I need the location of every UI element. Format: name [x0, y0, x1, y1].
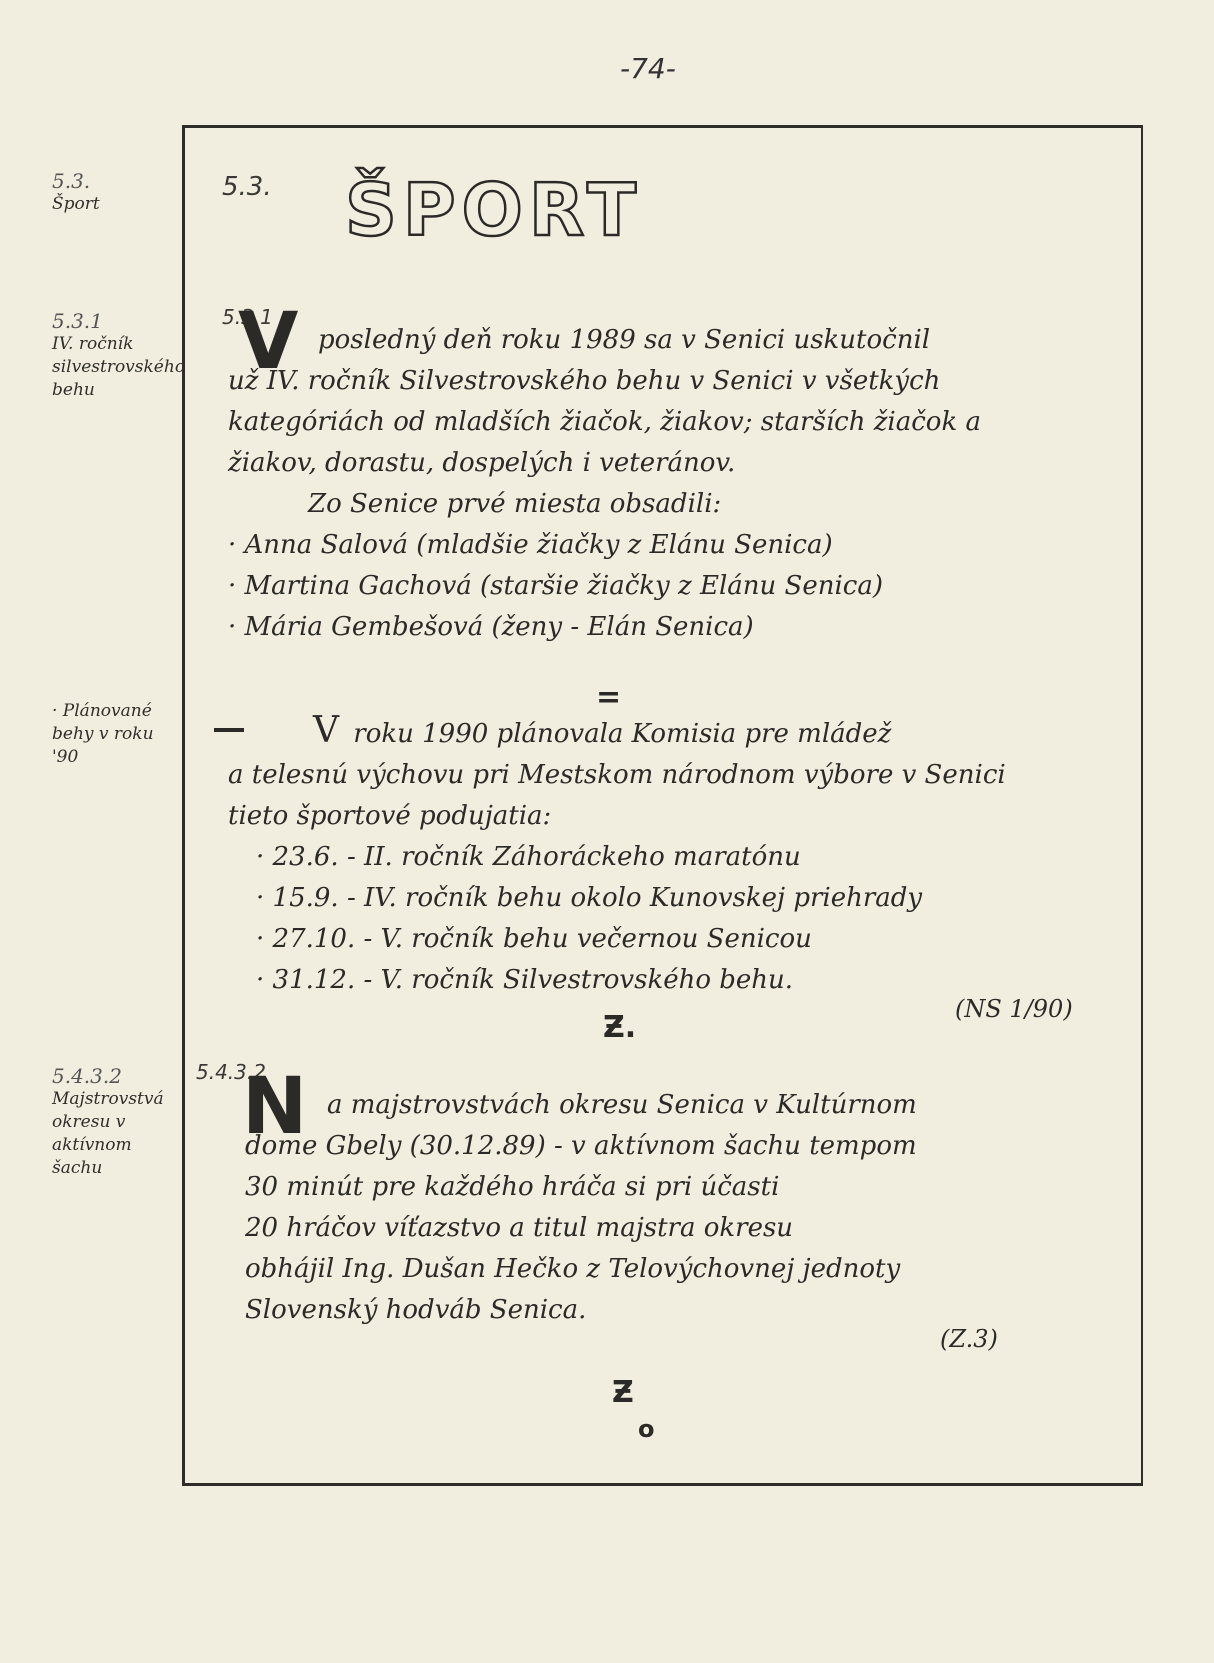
text-line: Slovenský hodváb Senica.	[245, 1290, 1145, 1331]
margin-note-number: 5.3.	[52, 170, 182, 193]
text-line: kategóriách od mladších žiačok, žiakov; …	[228, 402, 1128, 443]
paragraph-silvester-run: V posledný deň roku 1989 sa v Senici usk…	[228, 320, 1128, 648]
margin-note-text: IV. ročník silvestrovského behu	[52, 333, 182, 402]
text-line: roku 1990 plánovala Komisia pre mládež	[353, 719, 891, 749]
margin-note-number: 5.4.3.2	[52, 1065, 182, 1088]
margin-note-silvester-run: 5.3.1 IV. ročník silvestrovského behu	[52, 310, 182, 402]
winner-item: Martina Gachová (staršie žiačky z Elánu …	[228, 566, 1128, 607]
text-line: dome Gbely (30.12.89) - v aktívnom šachu…	[245, 1126, 1145, 1167]
end-mark: o	[638, 1415, 655, 1443]
margin-note-text: Šport	[52, 193, 182, 216]
event-item: 23.6. - II. ročník Záhoráckeho maratónu	[256, 837, 1128, 878]
winner-item: Anna Salová (mladšie žiačky z Elánu Seni…	[228, 525, 1128, 566]
section-divider: Ƶ	[612, 1375, 634, 1410]
margin-note-number: 5.3.1	[52, 310, 182, 333]
text-line: a majstrovstvách okresu Senica v Kultúrn…	[327, 1090, 917, 1120]
dropcap: V	[313, 710, 339, 751]
margin-note-sport: 5.3. Šport	[52, 170, 182, 216]
text-line: žiakov, dorastu, dospelých i veteránov.	[228, 443, 1128, 484]
page-number: -74-	[620, 52, 676, 85]
event-item: 15.9. - IV. ročník behu okolo Kunovskej …	[256, 878, 1128, 919]
winner-item: Mária Gembešová (ženy - Elán Senica)	[228, 607, 1128, 648]
margin-note-text: · Plánované behy v roku '90	[52, 700, 182, 769]
text-line: tieto športové podujatia:	[228, 796, 1128, 837]
events-list: 23.6. - II. ročník Záhoráckeho maratónu …	[228, 837, 1128, 1001]
margin-note-planned-runs: · Plánované behy v roku '90	[52, 700, 182, 769]
section-title: ŠPORT	[345, 168, 642, 252]
winners-intro: Zo Senice prvé miesta obsadili:	[228, 484, 1128, 525]
section-number: 5.3.	[222, 172, 272, 202]
paragraph-chess: N a majstrovstvách okresu Senica v Kultú…	[245, 1085, 1145, 1331]
margin-note-text: Majstrovstvá okresu v aktívnom šachu	[52, 1088, 182, 1180]
margin-note-chess: 5.4.3.2 Majstrovstvá okresu v aktívnom š…	[52, 1065, 182, 1180]
text-line: 30 minút pre každého hráča si pri účasti	[245, 1167, 1145, 1208]
text-line: obhájil Ing. Dušan Hečko z Telovýchovnej…	[245, 1249, 1145, 1290]
winners-list: Anna Salová (mladšie žiačky z Elánu Seni…	[228, 525, 1128, 648]
text-line: a telesnú výchovu pri Mestskom národnom …	[228, 755, 1128, 796]
paragraph-planned-events: V roku 1990 plánovala Komisia pre mládež…	[228, 710, 1128, 1001]
text-line: už IV. ročník Silvestrovského behu v Sen…	[228, 361, 1128, 402]
section-divider: Ƶ.	[603, 1010, 636, 1045]
text-line: 20 hráčov víťazstvo a titul majstra okre…	[245, 1208, 1145, 1249]
source-citation: (Z.3)	[940, 1325, 998, 1353]
text-line: posledný deň roku 1989 sa v Senici uskut…	[318, 325, 930, 355]
event-item: 27.10. - V. ročník behu večernou Senicou	[256, 919, 1128, 960]
source-citation: (NS 1/90)	[955, 995, 1073, 1023]
